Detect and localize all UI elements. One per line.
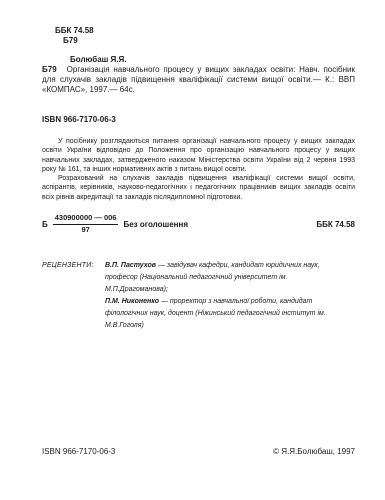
reviewer-entry: В.П. Пастухов — завідувач кафедри, канди… xyxy=(105,260,351,296)
reviewers-block: РЕЦЕНЗЕНТИ: В.П. Пастухов — завідувач ка… xyxy=(42,260,355,332)
blank-space xyxy=(42,332,355,447)
imprint-page: ББК 74.58 Б79 Болюбаш Я.Я. Б79Організаці… xyxy=(0,0,385,500)
footer-isbn: ISBN 966-7170-06-3 xyxy=(42,447,115,456)
reviewers-list: В.П. Пастухов — завідувач кафедри, канди… xyxy=(105,260,355,332)
copyright-notice: © Я.Я.Болюбаш, 1997 xyxy=(273,447,355,456)
reviewer-name: В.П. Пастухов xyxy=(105,262,156,269)
entry-text: Організація навчального процесу у вищих … xyxy=(42,65,355,94)
bbk-code-right: ББК 74.58 xyxy=(316,220,355,229)
catalog-prefix: Б xyxy=(42,220,48,229)
annotation-block: У посібнику розглядаються питання органі… xyxy=(42,137,355,202)
entry-code: Б79 xyxy=(42,65,57,74)
catalog-denominator: 97 xyxy=(81,225,89,235)
bibliographic-entry: Б79Організація навчального процесу у вищ… xyxy=(42,65,355,95)
reviewers-label: РЕЦЕНЗЕНТИ: xyxy=(42,260,105,332)
catalog-number-row: Б 430900000 — 006 97 Без оголошення ББК … xyxy=(42,214,355,234)
author-sign-code: Б79 xyxy=(63,36,355,46)
catalog-fraction: 430900000 — 006 97 xyxy=(53,214,119,234)
bbk-code: ББК 74.58 xyxy=(55,26,355,36)
annotation-paragraph-1: У посібнику розглядаються питання органі… xyxy=(42,137,355,174)
isbn-number: ISBN 966-7170-06-3 xyxy=(42,115,355,124)
classification-block: ББК 74.58 Б79 xyxy=(42,26,355,46)
catalog-note: Без оголошення xyxy=(123,220,188,229)
reviewer-entry: П.М. Никоненко — проректор з навчальної … xyxy=(105,296,351,332)
catalog-number: Б 430900000 — 006 97 Без оголошення xyxy=(42,214,188,234)
catalog-numerator: 430900000 — 006 xyxy=(53,214,119,225)
author-name: Болюбаш Я.Я. xyxy=(70,55,355,65)
reviewer-name: П.М. Никоненко xyxy=(105,298,159,305)
annotation-paragraph-2: Розрахований на слухачів закладів підвищ… xyxy=(42,174,355,202)
footer-row: ISBN 966-7170-06-3 © Я.Я.Болюбаш, 1997 xyxy=(42,447,355,456)
